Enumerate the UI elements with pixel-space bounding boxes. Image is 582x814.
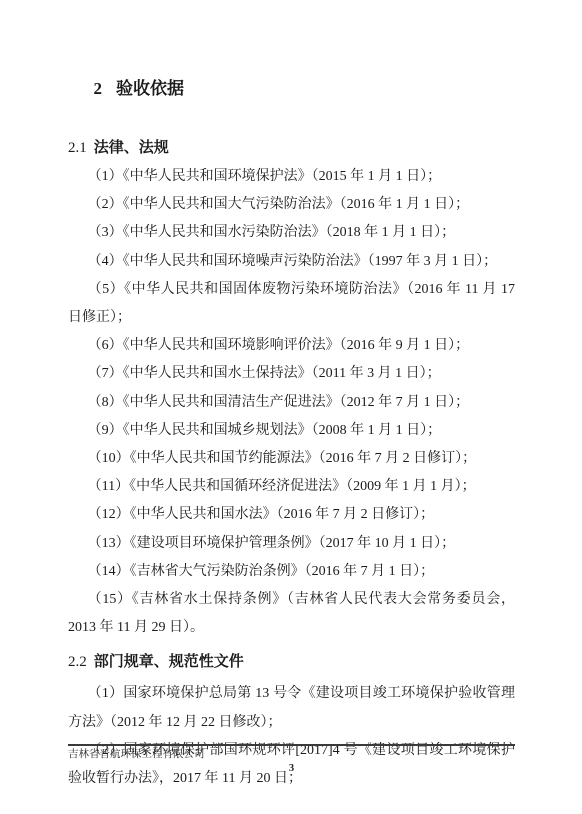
page-content: 2验收依据 2.1法律、法规 （1）《中华人民共和国环境保护法》（2015 年 … [68,56,515,793]
chapter-title: 验收依据 [116,79,184,98]
list-item: （11）《中华人民共和国循环经济促进法》（2009 年 1 月 1 月）； [68,473,515,501]
chapter-number: 2 [94,79,103,98]
list-item: （1）《中华人民共和国环境保护法》（2015 年 1 月 1 日）； [68,163,515,191]
section-title: 部门规章、规范性文件 [94,654,244,670]
list-item: （14）《吉林省大气污染防治条例》（2016 年 7 月 1 日）； [68,558,515,586]
list-item: （15）《吉林省水土保持条例》（吉林省人民代表大会常务委员会，2013 年 11… [68,586,515,642]
section-heading-2-2: 2.2部门规章、规范性文件 [68,651,515,673]
section-number: 2.1 [68,140,87,156]
chapter-heading: 2验收依据 [68,56,515,122]
list-item: （7）《中华人民共和国水土保持法》（2011 年 3 月 1 日）； [68,360,515,388]
section-title: 法律、法规 [94,140,169,156]
list-item: （1）国家环境保护总局第 13 号令《建设项目竣工环境保护验收管理方法》（201… [68,680,515,736]
list-item: （12）《中华人民共和国水法》（2016 年 7 月 2 日修订）； [68,501,515,529]
document-page: 2验收依据 2.1法律、法规 （1）《中华人民共和国环境保护法》（2015 年 … [0,0,582,814]
list-item: （5）《中华人民共和国固体废物污染环境防治法》（2016 年 11 月 17 日… [68,276,515,332]
list-item: （10）《中华人民共和国节约能源法》（2016 年 7 月 2 日修订）； [68,445,515,473]
page-number: 3 [68,762,515,775]
list-item: （6）《中华人民共和国环境影响评价法》（2016 年 9 月 1 日）； [68,332,515,360]
list-item: （2）《中华人民共和国大气污染防治法》（2016 年 1 月 1 日）； [68,191,515,219]
list-item: （3）《中华人民共和国水污染防治法》（2018 年 1 月 1 日）； [68,219,515,247]
list-item: （13）《建设项目环境保护管理条例》（2017 年 10 月 1 日）； [68,530,515,558]
list-item: （8）《中华人民共和国清洁生产促进法》（2012 年 7 月 1 日）； [68,389,515,417]
footer-company-name: 吉林省晋航环保工程有限公司 [68,746,515,762]
page-footer: 吉林省晋航环保工程有限公司 3 [68,744,515,775]
section-heading-2-1: 2.1法律、法规 [68,137,515,159]
section-number: 2.2 [68,654,87,670]
list-item: （4）《中华人民共和国环境噪声污染防治法》（1997 年 3 月 1 日）； [68,248,515,276]
list-item: （9）《中华人民共和国城乡规划法》（2008 年 1 月 1 日）； [68,417,515,445]
